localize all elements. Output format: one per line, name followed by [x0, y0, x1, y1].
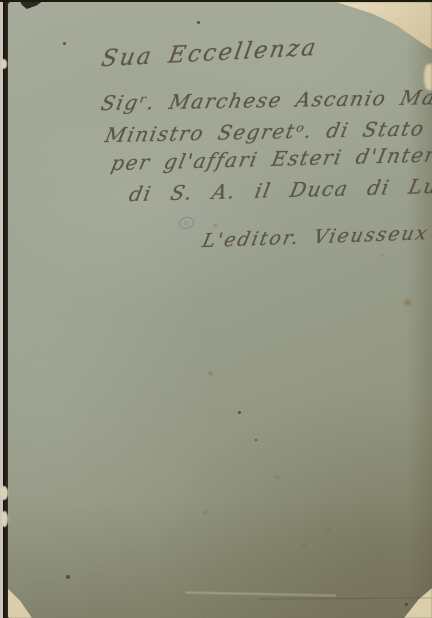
edge-chip [0, 486, 8, 500]
paper-cover: Sua Eccellenza Sigʳ. Marchese Ascanio Ma… [8, 2, 432, 618]
scanned-document-photo: Sua Eccellenza Sigʳ. Marchese Ascanio Ma… [0, 0, 432, 618]
speck [66, 575, 70, 579]
speck [255, 439, 257, 441]
speck [197, 21, 200, 24]
speck [238, 411, 241, 414]
top-edge-shadow [0, 0, 432, 2]
edge-chip [1, 511, 8, 527]
speck [63, 42, 66, 45]
edge-chip [1, 59, 7, 69]
bottom-edge-shading [8, 498, 432, 618]
speck [405, 603, 408, 606]
